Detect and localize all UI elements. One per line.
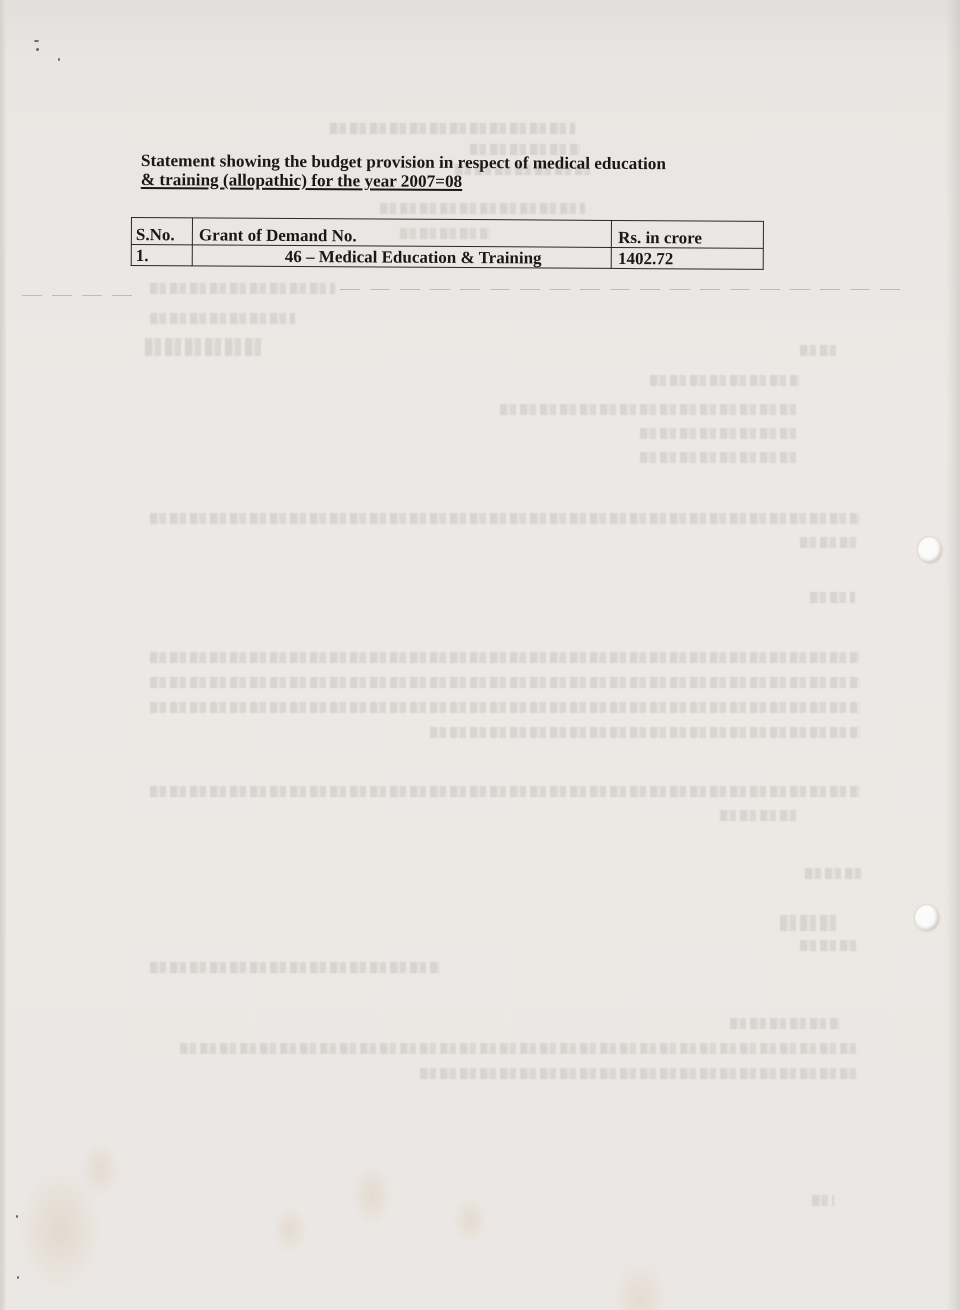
punch-hole: [915, 905, 939, 931]
document-heading: Statement showing the budget provision i…: [141, 151, 781, 193]
dust-speck: [34, 40, 39, 42]
dust-speck: [16, 1215, 18, 1218]
heading-line-2-underlined: & training (allopathic) for the year 200…: [141, 170, 781, 193]
punch-hole: [918, 537, 942, 563]
table-header-row: S.No. Grant of Demand No. Rs. in crore: [131, 218, 763, 249]
header-sno: S.No.: [131, 218, 192, 245]
header-amount: Rs. in crore: [612, 220, 764, 248]
dust-speck: [17, 1276, 19, 1279]
cell-amount: 1402.72: [611, 247, 763, 269]
header-grant-of-demand: Grant of Demand No.: [192, 218, 611, 248]
table-row: 1. 46 – Medical Education & Training 140…: [131, 245, 763, 270]
dust-speck: [58, 58, 60, 61]
cell-sno: 1.: [131, 245, 192, 266]
dust-speck: [36, 48, 39, 51]
cell-grant: 46 – Medical Education & Training: [192, 245, 611, 269]
paper-right-edge: [946, 0, 960, 1310]
paper-left-edge: [0, 0, 6, 1310]
budget-provision-table: S.No. Grant of Demand No. Rs. in crore 1…: [131, 217, 764, 270]
